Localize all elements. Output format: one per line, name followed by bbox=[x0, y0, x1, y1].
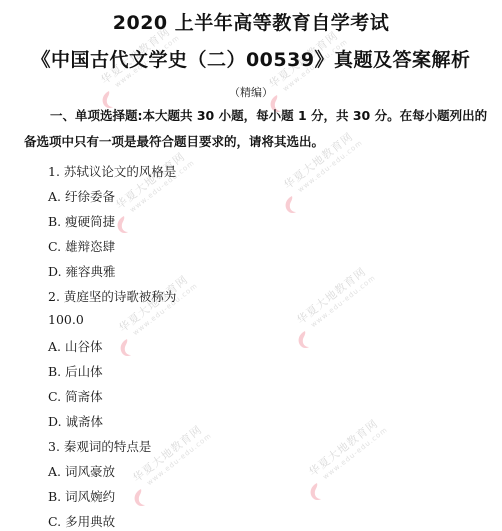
watermark-text: 华夏大地教育网 www.edu-edu.com bbox=[112, 146, 196, 219]
question-stem: 2. 黄庭坚的诗歌被称为 bbox=[48, 287, 176, 305]
question-option: A. 词风豪放 bbox=[48, 462, 115, 480]
watermark-text: 华夏大地教育网 www.edu-edu.com bbox=[115, 269, 199, 342]
question-note: 100.0 bbox=[48, 312, 84, 327]
question-option: B. 瘦硬简捷 bbox=[48, 212, 115, 230]
question-option: D. 诚斋体 bbox=[48, 412, 103, 430]
watermark-text: 华夏大地教育网 www.edu-edu.com bbox=[129, 419, 213, 492]
watermark-logo-icon bbox=[283, 195, 297, 215]
question-option: C. 雄辩恣肆 bbox=[48, 237, 115, 255]
watermark-logo-icon bbox=[296, 330, 310, 350]
watermark-logo-icon bbox=[118, 338, 132, 358]
question-stem: 1. 苏轼议论文的风格是 bbox=[48, 162, 176, 180]
document-title-line1: 2020 上半年高等教育自学考试 bbox=[0, 8, 502, 35]
question-option: B. 后山体 bbox=[48, 362, 103, 380]
question-option: D. 雍容典雅 bbox=[48, 262, 116, 280]
section-heading-line1: 一、单项选择题:本大题共 30 小题，每小题 1 分，共 30 分。在每小题列出… bbox=[50, 103, 502, 128]
question-option: B. 词风婉约 bbox=[48, 487, 115, 505]
document-title-line2: 《中国古代文学史（二）00539》真题及答案解析 bbox=[0, 45, 502, 72]
question-stem: 3. 秦观词的特点是 bbox=[48, 437, 151, 455]
question-option: A. 山谷体 bbox=[48, 337, 102, 355]
question-option: A. 纡徐委备 bbox=[48, 187, 115, 205]
watermark-logo-icon bbox=[115, 215, 129, 235]
document-page: 华夏大地教育网 www.edu-edu.com 华夏大地教育网 www.edu-… bbox=[0, 0, 502, 531]
watermark-text: 华夏大地教育网 www.edu-edu.com bbox=[305, 413, 389, 486]
watermark-text: 华夏大地教育网 www.edu-edu.com bbox=[293, 261, 377, 334]
question-option: C. 多用典故 bbox=[48, 512, 115, 530]
section-heading-line2: 备选项中只有一项是最符合题目要求的，请将其选出。 bbox=[24, 129, 494, 154]
watermark-logo-icon bbox=[308, 482, 322, 502]
watermark-logo-icon bbox=[132, 488, 146, 508]
document-subtitle: （精编） bbox=[0, 84, 502, 100]
question-option: C. 简斋体 bbox=[48, 387, 103, 405]
